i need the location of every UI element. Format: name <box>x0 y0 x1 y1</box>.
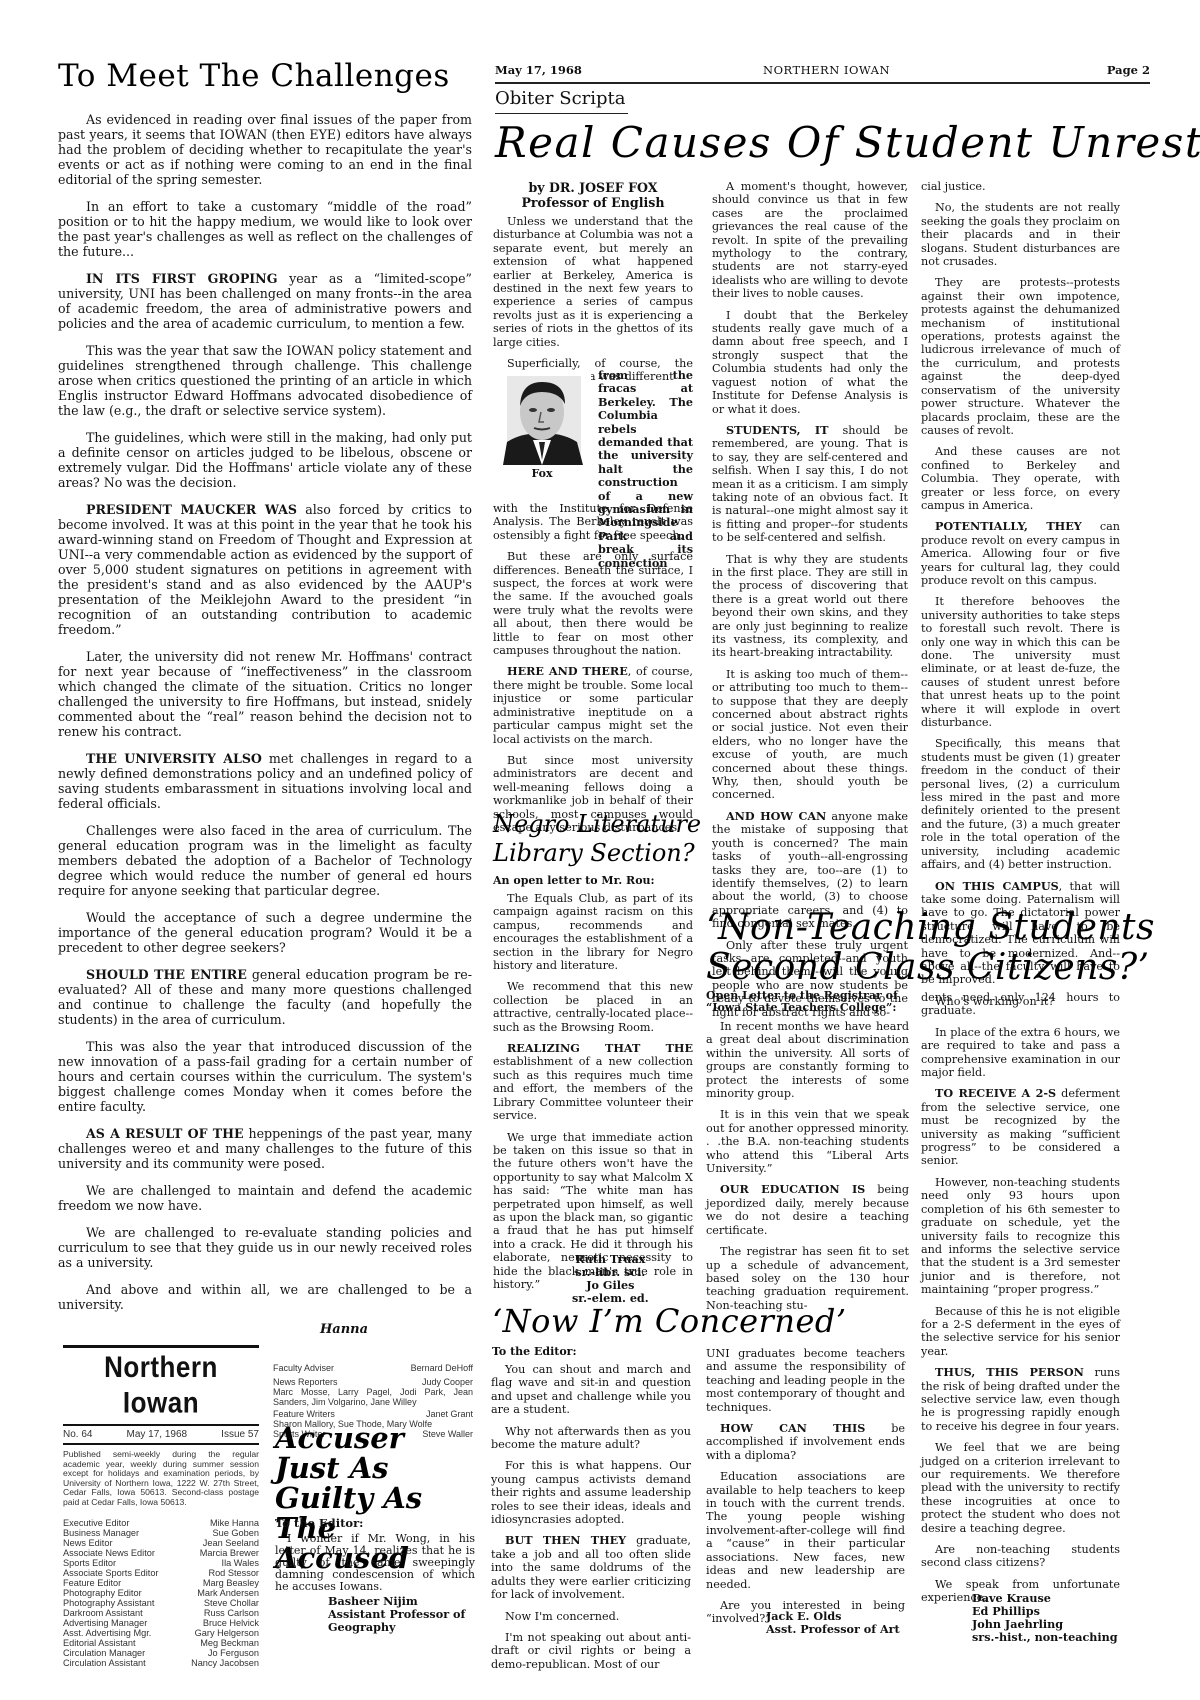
paragraph-text: No, the students are not really seeking … <box>921 201 1120 268</box>
paragraph: The guidelines, which were still in the … <box>58 430 472 490</box>
staff-name: Mark Andersen <box>197 1588 259 1598</box>
concerned-column-1: You can shout and march and flag wave an… <box>491 1363 691 1679</box>
staff-role: Circulation Assistant <box>63 1658 146 1668</box>
header-page: Page 2 <box>1107 63 1150 77</box>
paragraph: We are challenged to re-evaluate standin… <box>58 1225 472 1270</box>
editorial-signature: Hanna <box>320 1322 368 1337</box>
paragraph: STUDENTS, IT should be remembered, are y… <box>712 424 908 545</box>
staff-row: News EditorJean Seeland <box>63 1538 259 1548</box>
staff-role: Darkroom Assistant <box>63 1608 143 1618</box>
title-line: Negro Literature <box>493 810 701 839</box>
staff-row: Executive EditorMike Hanna <box>63 1518 259 1528</box>
paragraph-text: Would the acceptance of such a degree un… <box>58 910 472 955</box>
paragraph-text: We are challenged to re-evaluate standin… <box>58 1225 472 1270</box>
lead-in: REALIZING THAT THE <box>507 1041 693 1055</box>
paragraph: IN ITS FIRST GROPING year as a “limited-… <box>58 271 472 331</box>
editorial-title: To Meet The Challenges <box>58 58 450 94</box>
paragraph-text: with the Institute for Defense Analysis.… <box>493 502 693 542</box>
staff-role: Photography Assistant <box>63 1598 154 1608</box>
concerned-signature: Jack E. OldsAsst. Professor of Art <box>766 1610 900 1636</box>
paragraph-text: And these causes are not confined to Ber… <box>921 445 1120 512</box>
lead-in: TO RECEIVE A 2-S <box>935 1086 1056 1100</box>
paragraph: We recommend that this new collection be… <box>493 980 693 1034</box>
paragraph: Why not afterwards then as you become th… <box>491 1425 691 1452</box>
paragraph-text: Specifically, this means that students m… <box>921 737 1120 871</box>
staff-name: Bernard DeHoff <box>411 1363 473 1373</box>
staff-row: Sports EditorIla Wales <box>63 1558 259 1568</box>
paragraph: Challenges were also faced in the area o… <box>58 823 472 898</box>
masthead-name: Northern Iowan <box>63 1349 259 1420</box>
paragraph: dents need only 124 hours to graduate. <box>921 991 1120 1018</box>
paragraph-text: That is why they are students in the fir… <box>712 553 908 660</box>
staff-role: Feature Editor <box>63 1578 121 1588</box>
lead-in: HOW CAN THIS <box>720 1421 865 1435</box>
staff-name: Jo Ferguson <box>208 1648 259 1658</box>
header-paper: NORTHERN IOWAN <box>763 63 890 77</box>
editorial-body: As evidenced in reading over final issue… <box>58 112 472 1324</box>
paragraph: No, the students are not really seeking … <box>921 201 1120 268</box>
paragraph: POTENTIALLY, THEY can produce revolt on … <box>921 520 1120 587</box>
paragraph: You can shout and march and flag wave an… <box>491 1363 691 1417</box>
paragraph: This was the year that saw the IOWAN pol… <box>58 343 472 418</box>
unrest-byline: by DR. JOSEF FOX Professor of English <box>493 180 693 210</box>
header-date: May 17, 1968 <box>495 63 582 77</box>
paragraph: It is asking too much of them--or attrib… <box>712 668 908 802</box>
paragraph: As evidenced in reading over final issue… <box>58 112 472 187</box>
paragraph: HOW CAN THIS be accomplished if involvem… <box>706 1422 905 1462</box>
paragraph: REALIZING THAT THE establishment of a ne… <box>493 1042 693 1122</box>
paragraph: Because of this he is not eligible for a… <box>921 1305 1120 1359</box>
staff-name: Steve Chollar <box>204 1598 259 1608</box>
paragraph: However, non-teaching students need only… <box>921 1176 1120 1297</box>
paragraph-text: In recent months we have heard a great d… <box>706 1020 909 1100</box>
staff-list: Executive EditorMike HannaBusiness Manag… <box>63 1518 259 1668</box>
lead-in: HERE AND THERE <box>507 664 628 678</box>
staff-row: Photography AssistantSteve Chollar <box>63 1598 259 1608</box>
staff-name: Marg Beasley <box>203 1578 259 1588</box>
paragraph: TO RECEIVE A 2-S deferment from the sele… <box>921 1087 1120 1167</box>
unrest-column-2: A moment's thought, however, should conv… <box>712 180 908 1027</box>
paragraph: Now I'm concerned. <box>491 1610 691 1623</box>
paragraph: A moment's thought, however, should conv… <box>712 180 908 301</box>
staff-row: Feature EditorMarg Beasley <box>63 1578 259 1588</box>
title-line: ‘Non-Teaching Students <box>706 908 1155 948</box>
paragraph-text: The guidelines, which were still in the … <box>58 430 472 490</box>
concerned-salutation: To the Editor: <box>492 1345 577 1358</box>
staff-name: Janet Grant <box>426 1409 473 1419</box>
staff-name: Judy Cooper <box>422 1377 473 1387</box>
paragraph-text: establishment of a new collection such a… <box>493 1055 693 1122</box>
paragraph: We feel that we are being judged on a cr… <box>921 1441 1120 1535</box>
non-teaching-signature: Dave KrauseEd PhillipsJohn Jaehrlingsrs.… <box>972 1592 1118 1644</box>
paragraph: Education associations are available to … <box>706 1470 905 1591</box>
signature-line: srs.-hist., non-teaching <box>972 1631 1118 1644</box>
paragraph-text: I doubt that the Berkeley students reall… <box>712 309 908 416</box>
lead-in: IN ITS FIRST GROPING <box>86 271 277 286</box>
paragraph-text: UNI graduates become teachers and assume… <box>706 1347 905 1414</box>
staff-row: Associate Sports EditorRod Stessor <box>63 1568 259 1578</box>
negro-lit-title: Negro Literature Library Section? <box>493 810 701 868</box>
staff-row: Circulation AssistantNancy Jacobsen <box>63 1658 259 1668</box>
staff-role: Photography Editor <box>63 1588 142 1598</box>
paragraph-text: Unless we understand that the disturbanc… <box>493 215 693 349</box>
section-title: Obiter Scripta <box>495 88 626 109</box>
paragraph-text: In place of the extra 6 hours, we are re… <box>921 1026 1120 1079</box>
paragraph: THE UNIVERSITY ALSO met challenges in re… <box>58 751 472 811</box>
staff-role: Editorial Assistant <box>63 1638 136 1648</box>
paragraph: HERE AND THERE, of course, there might b… <box>493 665 693 745</box>
unrest-column-3: cial justice.No, the students are not re… <box>921 180 1120 1016</box>
paragraph-text: The Equals Club, as part of its campaign… <box>493 892 693 972</box>
paragraph-text: We feel that we are being judged on a cr… <box>921 1441 1120 1534</box>
staff-role: Asst. Advertising Mgr. <box>63 1628 151 1638</box>
portrait-image <box>493 370 591 465</box>
paragraph: AS A RESULT OF THE heppenings of the pas… <box>58 1126 472 1171</box>
accuser-signature: Basheer NijimAssistant Professor ofGeogr… <box>328 1595 465 1634</box>
title-line: Second Class Citizens?’ <box>706 948 1155 988</box>
paragraph: We are challenged to maintain and defend… <box>58 1183 472 1213</box>
paragraph: They are protests--protests against thei… <box>921 276 1120 437</box>
paragraph: Later, the university did not renew Mr. … <box>58 649 472 739</box>
staff-role: News Editor <box>63 1538 113 1548</box>
masthead-issue-line: No. 64 May 17, 1968 Issue 57 <box>63 1429 259 1440</box>
lead-in: AS A RESULT OF THE <box>86 1126 244 1141</box>
paragraph-text: You can shout and march and flag wave an… <box>491 1363 691 1416</box>
paragraph: And above and within all, we are challen… <box>58 1282 472 1312</box>
paragraph-text: dents need only 124 hours to graduate. <box>921 991 1120 1017</box>
staff-role: Feature Writers <box>273 1409 335 1419</box>
staff-row: Asst. Advertising Mgr.Gary Helgerson <box>63 1628 259 1638</box>
paragraph-text: It therefore behooves the university aut… <box>921 595 1120 729</box>
masthead-issue: Issue 57 <box>221 1429 259 1440</box>
paragraph: UNI graduates become teachers and assume… <box>706 1347 905 1414</box>
staff-role: Circulation Manager <box>63 1648 145 1658</box>
byline-title: Professor of English <box>493 195 693 210</box>
non-teaching-column-1: In recent months we have heard a great d… <box>706 1020 909 1320</box>
paragraph: SHOULD THE ENTIRE general education prog… <box>58 967 472 1027</box>
author-photo: Fox <box>493 370 591 475</box>
staff-name: Ila Wales <box>222 1558 259 1568</box>
paragraph: That is why they are students in the fir… <box>712 553 908 660</box>
paragraph: PRESIDENT MAUCKER WAS also forced by cri… <box>58 502 472 637</box>
lead-in: STUDENTS, IT <box>726 423 828 437</box>
paragraph-text: Why not afterwards then as you become th… <box>491 1425 691 1451</box>
masthead-date: May 17, 1968 <box>127 1429 188 1440</box>
staff-role: Associate Sports Editor <box>63 1568 159 1578</box>
staff-name: Gary Helgerson <box>195 1628 259 1638</box>
paragraph: I doubt that the Berkeley students reall… <box>712 309 908 416</box>
paragraph: Specifically, this means that students m… <box>921 737 1120 871</box>
staff-row: Business ManagerSue Goben <box>63 1528 259 1538</box>
masthead-number: No. 64 <box>63 1429 92 1440</box>
paragraph: For this is what happens. Our young camp… <box>491 1459 691 1526</box>
paragraph: In an effort to take a customary “middle… <box>58 199 472 259</box>
negro-lit-signature: Ruth Truaxsr.-libr. sci.Jo Gilessr.-elem… <box>572 1253 649 1305</box>
paragraph: But these are only surface differences. … <box>493 550 693 657</box>
paragraph: It therefore behooves the university aut… <box>921 595 1120 729</box>
title-line: Library Section? <box>493 839 701 868</box>
paragraph-text: I'm not speaking out about anti-draft or… <box>491 1631 691 1671</box>
paragraph: I'm not speaking out about anti-draft or… <box>491 1631 691 1671</box>
paragraph-text: This was the year that saw the IOWAN pol… <box>58 343 472 418</box>
paragraph: Unless we understand that the disturbanc… <box>493 215 693 349</box>
lead-in: POTENTIALLY, THEY <box>935 519 1082 533</box>
staff-name: Mike Hanna <box>210 1518 259 1528</box>
paragraph-text: We recommend that this new collection be… <box>493 980 693 1033</box>
staff-role: Faculty Adviser <box>273 1363 334 1373</box>
paragraph-text: In an effort to take a customary “middle… <box>58 199 472 259</box>
paragraph: And these causes are not confined to Ber… <box>921 445 1120 512</box>
staff-name: Rod Stessor <box>208 1568 259 1578</box>
paragraph: BUT THEN THEY graduate, take a job and a… <box>491 1534 691 1601</box>
paragraph: cial justice. <box>921 180 1120 193</box>
staff-role: Advertising Manager <box>63 1618 147 1628</box>
paragraph-text: Education associations are available to … <box>706 1470 905 1590</box>
staff-name: Bruce Helvick <box>203 1618 259 1628</box>
staff-name: Nancy Jacobsen <box>191 1658 259 1668</box>
paragraph-text: However, non-teaching students need only… <box>921 1176 1120 1296</box>
staff-name: Sue Goben <box>213 1528 260 1538</box>
staff-name: Meg Beckman <box>200 1638 259 1648</box>
paragraph: OUR EDUCATION IS being jepordized daily,… <box>706 1183 909 1237</box>
paragraph: THUS, THIS PERSON runs the risk of being… <box>921 1366 1120 1433</box>
paragraph: Are non-teaching students second class c… <box>921 1543 1120 1570</box>
unrest-column-1: Unless we understand that the disturbanc… <box>493 215 693 392</box>
paragraph: with the Institute for Defense Analysis.… <box>493 502 693 542</box>
paragraph-text: Challenges were also faced in the area o… <box>58 823 472 898</box>
paragraph-text: It is asking too much of them--or attrib… <box>712 668 908 802</box>
paragraph-text: Are non-teaching students second class c… <box>921 1543 1120 1569</box>
lead-in: THE UNIVERSITY ALSO <box>86 751 262 766</box>
negro-lit-salutation: An open letter to Mr. Rou: <box>493 874 655 887</box>
paragraph-text: cial justice. <box>921 180 986 193</box>
staff-name: Russ Carlson <box>204 1608 259 1618</box>
paragraph: In place of the extra 6 hours, we are re… <box>921 1026 1120 1080</box>
paragraph-text: also forced by critics to become involve… <box>58 502 472 637</box>
lead-in: OUR EDUCATION IS <box>720 1182 865 1196</box>
paragraph: The Equals Club, as part of its campaign… <box>493 892 693 972</box>
staff-row: Circulation ManagerJo Ferguson <box>63 1648 259 1658</box>
paragraph-text: For this is what happens. Our young camp… <box>491 1459 691 1526</box>
header-rule <box>495 82 1150 84</box>
staff-name: Jean Seeland <box>203 1538 259 1548</box>
lead-in: BUT THEN THEY <box>505 1533 626 1547</box>
staff-role: Associate News Editor <box>63 1548 155 1558</box>
signature-line: Asst. Professor of Art <box>766 1623 900 1636</box>
paragraph-text: Now I'm concerned. <box>505 1610 619 1623</box>
lead-in: SHOULD THE ENTIRE <box>86 967 247 982</box>
paragraph-text: Later, the university did not renew Mr. … <box>58 649 472 739</box>
concerned-title: ‘Now I’m Concerned’ <box>492 1302 847 1340</box>
staff-row: Advertising ManagerBruce Helvick <box>63 1618 259 1628</box>
staff-role: Business Manager <box>63 1528 139 1538</box>
masthead: Northern Iowan No. 64 May 17, 1968 Issue… <box>63 1345 259 1668</box>
paragraph-text: It is in this vein that we speak out for… <box>706 1108 909 1175</box>
accuser-salutation: To the Editor: <box>275 1516 363 1530</box>
staff-role: News Reporters <box>273 1377 338 1387</box>
non-teaching-column-2: dents need only 124 hours to graduate.In… <box>921 991 1120 1613</box>
publication-note: Published semi-weekly during the regular… <box>63 1450 259 1508</box>
paragraph: Would the acceptance of such a degree un… <box>58 910 472 955</box>
staff-role: Executive Editor <box>63 1518 129 1528</box>
paragraph-text: A moment's thought, however, should conv… <box>712 180 908 300</box>
photo-caption: Fox <box>493 467 591 480</box>
paragraph-text: should be remembered, are young. That is… <box>712 424 908 544</box>
section-rule <box>495 113 628 114</box>
concerned-column-2: UNI graduates become teachers and assume… <box>706 1347 905 1634</box>
lead-in: PRESIDENT MAUCKER WAS <box>86 502 297 517</box>
paragraph-text: Because of this he is not eligible for a… <box>921 1305 1120 1358</box>
paragraph-text: But these are only surface differences. … <box>493 550 693 657</box>
byline-author: by DR. JOSEF FOX <box>493 180 693 195</box>
accuser-text: I wonder if Mr. Wong, in his letter of M… <box>275 1533 475 1593</box>
unrest-title: Real Causes Of Student Unrest <box>495 118 1155 167</box>
paragraph-text: And above and within all, we are challen… <box>58 1282 472 1312</box>
paragraph-text: They are protests--protests against thei… <box>921 276 1120 436</box>
paragraph: In recent months we have heard a great d… <box>706 1020 909 1100</box>
paragraph: It is in this vein that we speak out for… <box>706 1108 909 1175</box>
paragraph: This was also the year that introduced d… <box>58 1039 472 1114</box>
non-teaching-title: ‘Non-Teaching Students Second Class Citi… <box>706 908 1155 988</box>
staff-row: Photography EditorMark Andersen <box>63 1588 259 1598</box>
lead-in: ON THIS CAMPUS <box>935 879 1059 893</box>
signature-line: Geography <box>328 1621 465 1634</box>
staff-role: Sports Editor <box>63 1558 116 1568</box>
staff-row: Editorial AssistantMeg Beckman <box>63 1638 259 1648</box>
paragraph-text: We are challenged to maintain and defend… <box>58 1183 472 1213</box>
paragraph-text: This was also the year that introduced d… <box>58 1039 472 1114</box>
lead-in: THUS, THIS PERSON <box>935 1365 1084 1379</box>
negro-lit-body: The Equals Club, as part of its campaign… <box>493 892 693 1299</box>
staff-name: Marcia Brewer <box>200 1548 259 1558</box>
staff-row: Associate News EditorMarcia Brewer <box>63 1548 259 1558</box>
staff-row: Darkroom AssistantRuss Carlson <box>63 1608 259 1618</box>
staff-names: Marc Mosse, Larry Pagel, Jodi Park, Jean… <box>273 1387 473 1407</box>
unrest-column-1-continued: with the Institute for Defense Analysis.… <box>493 502 693 842</box>
page-header: May 17, 1968 NORTHERN IOWAN Page 2 <box>495 63 1150 81</box>
paragraph-text: As evidenced in reading over final issue… <box>58 112 472 187</box>
non-teaching-salutation: Open Letter to the Registrar of “Iowa St… <box>706 990 910 1014</box>
lead-in: AND HOW CAN <box>726 809 826 823</box>
